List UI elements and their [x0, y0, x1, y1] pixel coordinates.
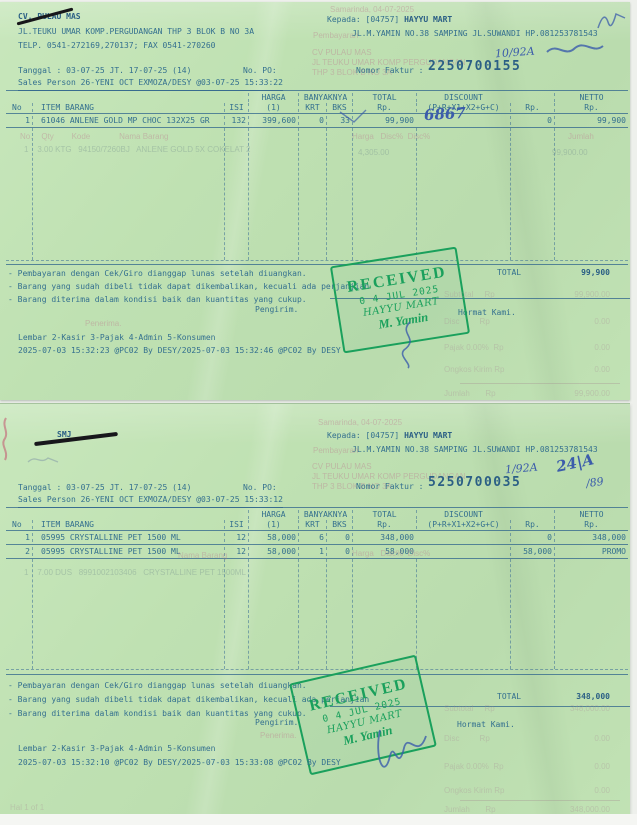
cell-krt: 1: [298, 547, 326, 556]
ghost-jumlah: Jumlah: [568, 132, 594, 142]
ghost-ledger-label: Pajak 0.00% Rp: [444, 343, 504, 353]
note-1: - Pembayaran dengan Cek/Giro dianggap lu…: [8, 269, 307, 279]
cell-krt: 6: [298, 533, 326, 542]
divider-rule: [6, 264, 628, 265]
ghost-columns-2: Harga Disc% Disc%: [352, 549, 430, 559]
cell-total: 348,000: [352, 533, 416, 542]
cell-item: 61046 ANLENE GOLD MP CHOC 132X25 GR: [32, 116, 224, 125]
cell-harga: 58,000: [248, 547, 298, 556]
nomor-faktur-label: Nomor Faktur :: [356, 66, 423, 76]
cell-disc-rp: 58,000: [510, 547, 554, 556]
cell-krt: 0: [298, 116, 326, 125]
col-total-rp: Rp.: [352, 520, 416, 529]
pengirim-label: Pengirim.: [255, 305, 298, 315]
col-total: TOTAL: [352, 510, 416, 519]
pengirim-label: Pengirim.: [255, 718, 298, 728]
kepada-label: Kepada: [04757]: [327, 15, 399, 24]
cell-isi: 12: [224, 547, 248, 556]
kepada-label: Kepada: [04757]: [327, 431, 399, 440]
col-bks: BKS: [326, 520, 352, 529]
ghost-ledger-value: 0.00: [548, 343, 610, 353]
cell-disc-rp: 0: [510, 533, 554, 542]
col-no: No: [6, 520, 32, 529]
ghost-ledger-label: Jumlah Rp: [444, 389, 496, 399]
invoice-2: SMJ Samarinda, 04-07-2025 Kepada: [04757…: [0, 403, 630, 815]
red-edge-scribble: [0, 416, 12, 466]
col-harga-unit: (1): [248, 103, 298, 112]
cell-harga: 399,600: [248, 116, 298, 125]
nomor-faktur-value: 5250700035: [428, 478, 521, 488]
ghost-ledger-label: Disc Rp: [444, 734, 490, 744]
item-row: 1 05995 CRYSTALLINE PET 1500 ML 12 58,00…: [6, 531, 628, 545]
ghost-columns-2: Harga Disc% Disc%: [352, 132, 430, 142]
lembar-line: Lembar 2-Kasir 3-Pajak 4-Admin 5-Konsume…: [18, 333, 215, 343]
col-netto-rp: Rp.: [554, 520, 628, 529]
hormat-kami-label: Hormat Kami.: [457, 720, 515, 730]
timestamp-line: 2025-07-03 15:32:23 @PC02 By DESY/2025-0…: [18, 346, 341, 356]
nomor-faktur-label: Nomor Faktur :: [356, 482, 423, 492]
ghost-ledger-label: Disc Rp: [444, 317, 490, 327]
col-netto: NETTO: [554, 510, 628, 519]
tanggal-line: Tanggal : 03-07-25 JT. 17-07-25 (14): [18, 483, 191, 493]
ghost-ledger-value: 348,000.00: [548, 704, 610, 714]
total-value: 99,900: [534, 268, 610, 278]
col-harga-unit: (1): [248, 520, 298, 529]
col-banyaknya: BANYAKNYA: [298, 510, 352, 519]
col-item: ITEM BARANG: [32, 103, 224, 112]
scanner-background: [0, 814, 637, 825]
pen-check-mark: [338, 108, 368, 130]
tanggal-line: Tanggal : 03-07-25 JT. 17-07-25 (14): [18, 66, 191, 76]
cell-no: 1: [6, 116, 32, 125]
items-table: HARGA BANYAKNYA TOTAL DISCOUNT NETTO No …: [6, 90, 628, 261]
table-header-row-1: HARGA BANYAKNYA TOTAL DISCOUNT NETTO: [6, 508, 628, 519]
total-value: 348,000: [534, 692, 610, 702]
ghost-penerima: Penerima.: [260, 731, 296, 741]
cell-item: 05995 CRYSTALLINE PET 1500 ML: [32, 533, 224, 542]
ghost-ledger-value: 0.00: [548, 786, 610, 796]
ghost-ledger-value: 0.00: [548, 734, 610, 744]
divider-rule: [6, 674, 628, 675]
ghost-columns: Nama Barang: [178, 551, 227, 561]
ghost-penerima: Penerima.: [85, 319, 121, 329]
item-row: 2 05995 CRYSTALLINE PET 1500 ML 12 58,00…: [6, 545, 628, 559]
ghost-ledger-value: 0.00: [548, 762, 610, 772]
ghost-seller-1: CV PULAU MAS: [312, 462, 372, 472]
ghost-ledger-label: Subtotal Rp: [444, 704, 495, 714]
ghost-ledger-rule: [460, 383, 620, 384]
ghost-ledger-rule: [460, 800, 620, 801]
total-label: TOTAL: [497, 692, 521, 702]
invoice-1: CV. PULAU MAS JL.TEUKU UMAR KOMP.PERGUDA…: [0, 2, 630, 400]
col-harga: HARGA: [248, 93, 298, 102]
cell-disc-rp: 0: [510, 116, 554, 125]
handwritten-discount: 6867: [424, 104, 467, 124]
seller-address: JL.TEUKU UMAR KOMP.PERGUDANGAN THP 3 BLO…: [18, 27, 254, 37]
pen-corner-mark: [596, 8, 628, 42]
note-2: - Barang yang sudah dibeli tidak dapat d…: [8, 282, 369, 292]
col-banyaknya: BANYAKNYA: [298, 93, 352, 102]
cell-no: 2: [6, 547, 32, 556]
marker-strike: [34, 432, 118, 446]
col-no: No: [6, 103, 32, 112]
no-po-label: No. PO:: [243, 66, 277, 76]
ghost-item-row: 1 3.00 KTG 94150/7260BJ ANLENE GOLD 5X C…: [24, 145, 251, 155]
customer-name: HAYYU MART: [404, 431, 452, 440]
col-isi: ISI: [224, 520, 248, 529]
col-disc-rp: Rp.: [510, 103, 554, 112]
ghost-ledger-label: Ongkos Kirim Rp: [444, 786, 504, 796]
col-discount: DISCOUNT: [416, 510, 510, 519]
kepada-line: Kepada: [04757] HAYYU MART: [327, 15, 452, 25]
col-total: TOTAL: [352, 93, 416, 102]
col-disc-formula: (P+R+X1+X2+G+C): [416, 520, 510, 529]
col-disc-rp: Rp.: [510, 520, 554, 529]
ghost-row-price: 4,305.00: [358, 148, 389, 158]
ghost-ledger-label: Subtotal Rp: [444, 290, 495, 300]
pencil-scribble: [26, 452, 60, 472]
cell-harga: 58,000: [248, 533, 298, 542]
no-po-label: No. PO:: [243, 483, 277, 493]
handwritten-note: 10/92A: [495, 45, 535, 61]
note-1: - Pembayaran dengan Cek/Giro dianggap lu…: [8, 681, 307, 691]
ghost-ledger-label: Pajak 0.00% Rp: [444, 762, 504, 772]
ghost-columns: No. Qty Kode Nama Barang: [20, 132, 169, 142]
cell-bks: 0: [326, 533, 352, 542]
col-krt: KRT: [298, 103, 326, 112]
scanned-invoices: CV. PULAU MAS JL.TEUKU UMAR KOMP.PERGUDA…: [0, 0, 637, 825]
items-table: HARGA BANYAKNYA TOTAL DISCOUNT NETTO No …: [6, 507, 628, 670]
item-row: 1 61046 ANLENE GOLD MP CHOC 132X25 GR 13…: [6, 114, 628, 128]
handwritten-note-3: /89: [585, 475, 604, 490]
col-isi: ISI: [224, 103, 248, 112]
total-label: TOTAL: [497, 268, 521, 278]
timestamp-line: 2025-07-03 15:32:10 @PC02 By DESY/2025-0…: [18, 758, 341, 768]
col-krt: KRT: [298, 520, 326, 529]
col-item: ITEM BARANG: [32, 520, 224, 529]
cell-netto: 348,000: [554, 533, 628, 542]
table-header-row-1: HARGA BANYAKNYA TOTAL DISCOUNT NETTO: [6, 91, 628, 102]
ghost-page-number: Hal 1 of 1: [10, 803, 44, 813]
ghost-ledger-value: 0.00: [548, 365, 610, 375]
pen-signature: [372, 726, 428, 800]
cell-isi: 132: [224, 116, 248, 125]
ghost-row-total: 99,900.00: [552, 148, 588, 158]
ghost-ledger-label: Ongkos Kirim Rp: [444, 365, 504, 375]
table-header-row-2: No ITEM BARANG ISI (1) KRT BKS Rp. (P+R+…: [6, 519, 628, 531]
ghost-city-date: Samarinda, 04-07-2025: [330, 5, 414, 15]
cell-bks: 0: [326, 547, 352, 556]
kepada-line: Kepada: [04757] HAYYU MART: [327, 431, 452, 441]
pen-scribble: [545, 40, 605, 64]
table-header-row-2: No ITEM BARANG ISI (1) KRT BKS Rp. (P+R+…: [6, 102, 628, 114]
cell-netto: 99,900: [554, 116, 628, 125]
seller-phone: TELP. 0541-272169,270137; FAX 0541-27026…: [18, 41, 215, 51]
customer-address: JL.M.YAMIN NO.38 SAMPING JL.SUWANDI HP.0…: [352, 29, 598, 39]
ghost-pembayaran: Pembayaran: [313, 446, 358, 456]
col-netto: NETTO: [554, 93, 628, 102]
note-3: - Barang diterima dalam kondisi baik dan…: [8, 295, 307, 305]
ghost-ledger-value: 0.00: [548, 317, 610, 327]
ghost-city-date: Samarinda, 04-07-2025: [318, 418, 402, 428]
lembar-line: Lembar 2-Kasir 3-Pajak 4-Admin 5-Konsume…: [18, 744, 215, 754]
ghost-ledger-value: 99,900.00: [548, 290, 610, 300]
col-harga: HARGA: [248, 510, 298, 519]
nomor-faktur-value: 2250700155: [428, 62, 521, 72]
col-netto-rp: Rp.: [554, 103, 628, 112]
ghost-seller-1: CV PULAU MAS: [312, 48, 372, 58]
ghost-ledger-value: 99,900.00: [548, 389, 610, 399]
cell-isi: 12: [224, 533, 248, 542]
cell-no: 1: [6, 533, 32, 542]
pen-signature: [396, 320, 426, 374]
cell-netto: PROMO: [554, 547, 628, 556]
customer-name: HAYYU MART: [404, 15, 452, 24]
ghost-item-row: 1 7.00 DUS 8991002103406 CRYSTALLINE PET…: [24, 568, 246, 578]
customer-address: JL.M.YAMIN NO.38 SAMPING JL.SUWANDI HP.0…: [352, 445, 598, 455]
col-discount: DISCOUNT: [416, 93, 510, 102]
